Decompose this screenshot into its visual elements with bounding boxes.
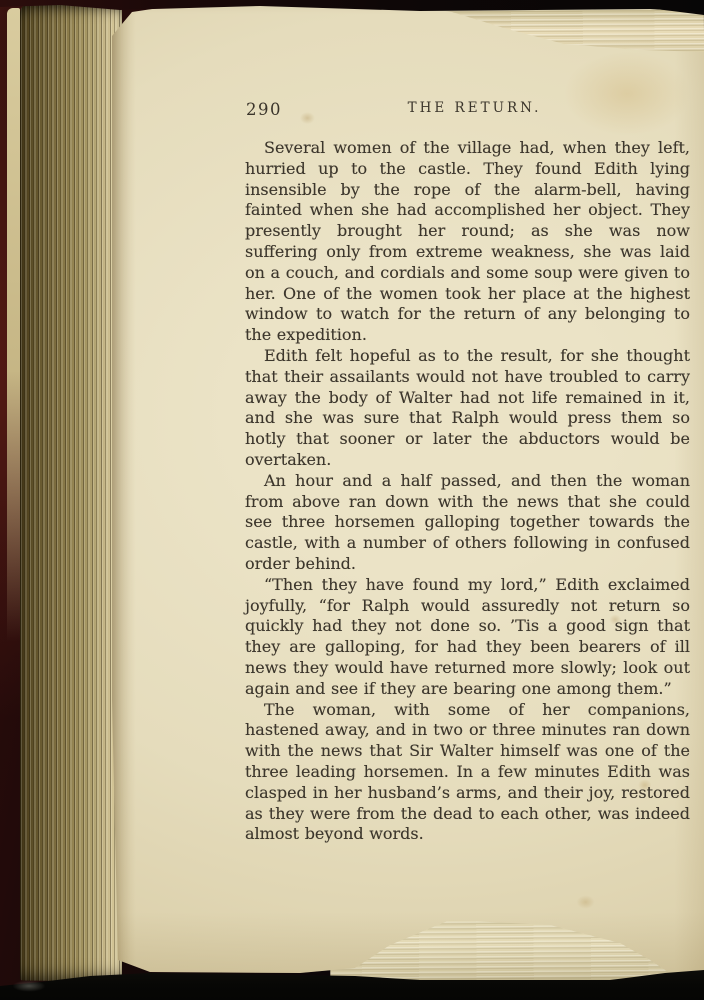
paragraph: Several women of the village had, when t… xyxy=(245,138,690,346)
page-number: 290 xyxy=(246,100,282,119)
book-photograph: 290 THE RETURN. Several women of the vil… xyxy=(0,0,704,1000)
paragraph: Edith felt hopeful as to the result, for… xyxy=(245,346,690,471)
paragraph: An hour and a half passed, and then the … xyxy=(245,471,690,575)
paragraph: The woman, with some of her companions, … xyxy=(245,700,690,846)
paragraph: “Then they have found my lord,” Edith ex… xyxy=(245,575,690,700)
stacked-page-edges-left xyxy=(20,5,122,982)
bottom-left-glint xyxy=(6,978,52,994)
running-title: THE RETURN. xyxy=(245,100,690,116)
page-header: 290 THE RETURN. xyxy=(245,100,690,117)
book-page: 290 THE RETURN. Several women of the vil… xyxy=(112,6,704,980)
page-content: 290 THE RETURN. Several women of the vil… xyxy=(245,100,690,845)
loose-page-edge-strip xyxy=(7,8,20,668)
body-text: Several women of the village had, when t… xyxy=(245,138,690,845)
